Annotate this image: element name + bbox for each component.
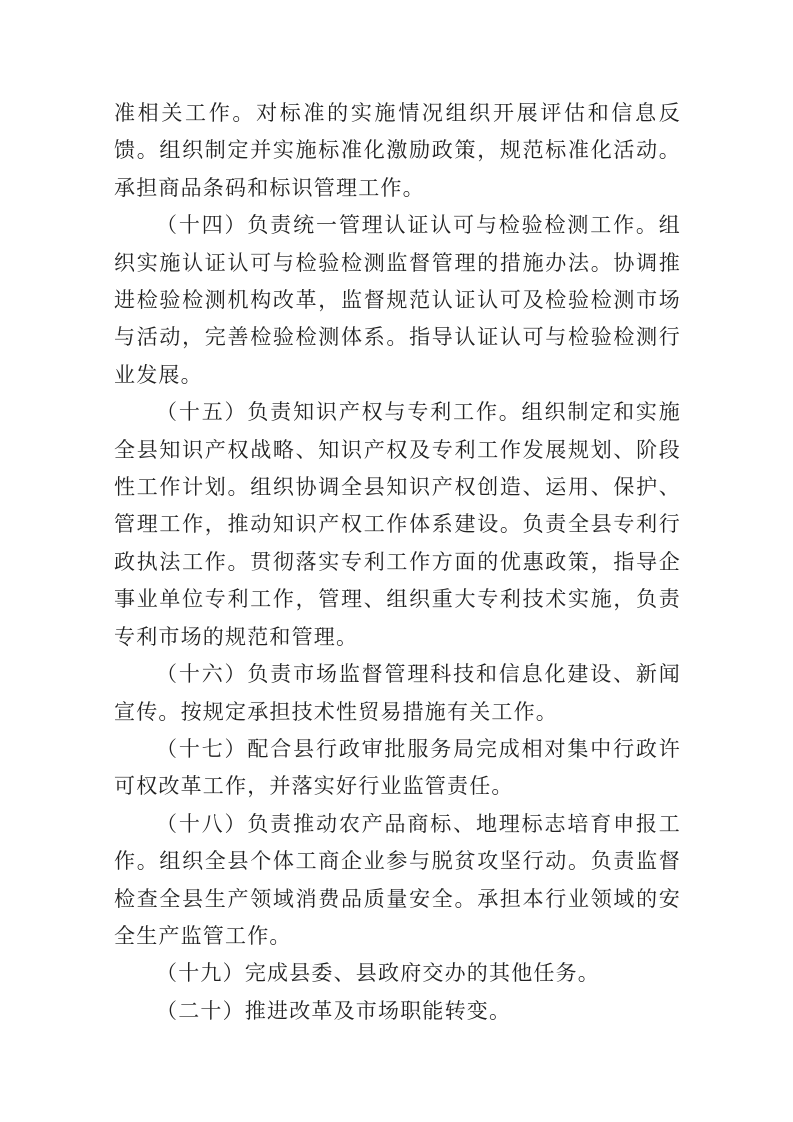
paragraph-item-20: （二十）推进改革及市场职能转变。 (114, 993, 681, 1030)
paragraph-item-16: （十六）负责市场监督管理科技和信息化建设、新闻宣传。按规定承担技术性贸易措施有关… (114, 656, 681, 731)
paragraph-item-15: （十五）负责知识产权与专利工作。组织制定和实施全县知识产权战略、知识产权及专利工… (114, 394, 681, 656)
paragraph-item-18: （十八）负责推动农产品商标、地理标志培育申报工作。组织全县个体工商企业参与脱贫攻… (114, 806, 681, 956)
paragraph-item-17: （十七）配合县行政审批服务局完成相对集中行政许可权改革工作，并落实好行业监管责任… (114, 731, 681, 806)
paragraph-item-14: （十四）负责统一管理认证认可与检验检测工作。组织实施认证认可与检验检测监督管理的… (114, 207, 681, 394)
paragraph-continuation: 准相关工作。对标准的实施情况组织开展评估和信息反馈。组织制定并实施标准化激励政策… (114, 95, 681, 207)
paragraph-item-19: （十九）完成县委、县政府交办的其他任务。 (114, 955, 681, 992)
document-body: 准相关工作。对标准的实施情况组织开展评估和信息反馈。组织制定并实施标准化激励政策… (0, 0, 793, 1030)
document-page: 准相关工作。对标准的实施情况组织开展评估和信息反馈。组织制定并实施标准化激励政策… (0, 0, 793, 1122)
